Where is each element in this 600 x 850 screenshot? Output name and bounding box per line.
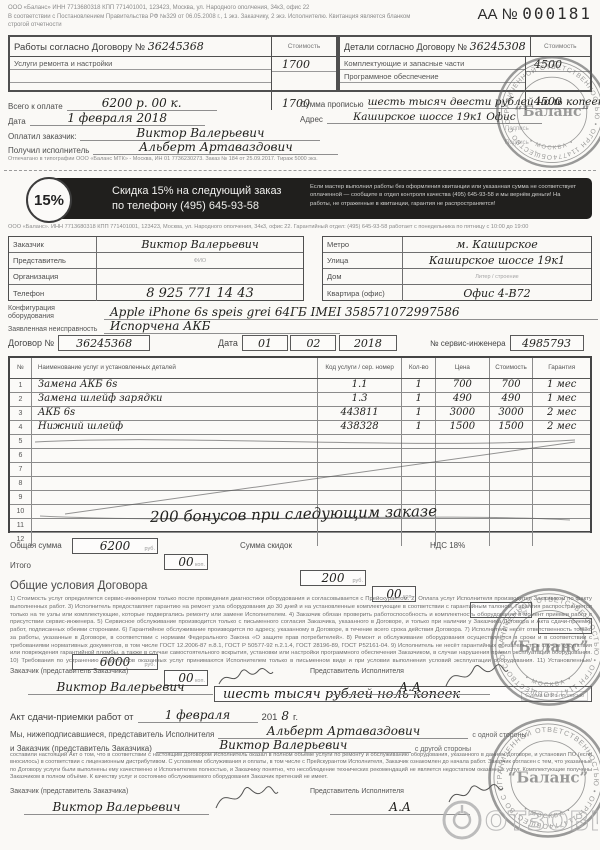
stamp-city-text: • МОСКВА • xyxy=(528,139,576,152)
cell-num: 5 xyxy=(10,435,32,448)
receiver-name: Альберт Артаваздович xyxy=(93,140,338,155)
discount-rub-value: 200 xyxy=(322,571,345,585)
cell-cost: 700 xyxy=(490,379,534,392)
cell-num: 1 xyxy=(10,379,32,392)
cell-name: Замена АКБ 6s xyxy=(32,379,318,392)
serial-number: 000181 xyxy=(522,4,592,23)
details-cost-header: Стоимость xyxy=(530,37,590,56)
signature-label-1: Подпись xyxy=(505,126,529,132)
engineer-number: 4985793 xyxy=(510,335,584,351)
discount-offer-text: Скидка 15% на следующий заказ по телефон… xyxy=(112,184,281,214)
signature-squiggle xyxy=(210,782,280,816)
defect-value: Испорчена АКБ xyxy=(104,319,340,334)
terms-body-text: 1) Стоимость услуг определяется сервис-и… xyxy=(10,596,592,664)
works-row-label: Услуги ремонта и настройки xyxy=(10,57,271,70)
details-row2-label: Программное обеспечение xyxy=(340,70,525,83)
act-year-suffix: г. xyxy=(293,712,298,723)
cell-cost xyxy=(490,533,534,546)
table-row: Организация xyxy=(9,269,303,285)
cell-warranty: 1 мес xyxy=(533,379,590,392)
cell-price: 490 xyxy=(436,393,490,406)
service-table-header: № Наименование услуг и установленных дет… xyxy=(10,358,590,379)
contract-date-day: 01 xyxy=(242,335,288,351)
table-row: 3АКБ 6s4438111300030002 мес xyxy=(10,407,590,421)
tear-line xyxy=(4,170,596,171)
table-row: Заказчик Виктор Валерьевич xyxy=(9,237,303,253)
quality-notice: Если мастер выполнил работы без оформлен… xyxy=(310,183,582,208)
contract-number: 36245368 xyxy=(58,335,150,351)
sum-rub-value: 6200 xyxy=(100,539,131,553)
signature-squiggle xyxy=(215,664,275,692)
cell-name: Замена шлейф зарядки xyxy=(32,393,318,406)
cell-qty: 1 xyxy=(402,407,436,420)
contract-date-year: 2018 xyxy=(339,335,397,351)
table-row: Квартира (офис) Офис 4-В72 xyxy=(323,285,591,301)
table-row: Метро м. Каширское xyxy=(323,237,591,253)
cell-price: 700 xyxy=(436,379,490,392)
watermark-text: ОТЗОВИК xyxy=(485,807,598,837)
metro-value: м. Каширское xyxy=(456,238,538,251)
liter-sublabel: Литер / строение xyxy=(475,274,518,280)
cell-num: 6 xyxy=(10,449,32,462)
date-label: Дата xyxy=(8,117,26,126)
cell-num: 2 xyxy=(10,393,32,406)
serial-prefix: АА № xyxy=(477,6,517,23)
cell-warranty: 1 мес xyxy=(533,393,590,406)
grand-total-label: Итого xyxy=(10,561,31,570)
street-value: Каширское шоссе 19к1 xyxy=(429,254,565,267)
terms-heading: Общие условия Договора xyxy=(10,580,147,592)
discount-banner: Скидка 15% на следующий заказ по телефон… xyxy=(52,178,592,219)
words-box-label: Сумма итого прописью xyxy=(521,691,588,701)
amount-words-label: Сумма прописью xyxy=(300,100,364,109)
cell-price: 3000 xyxy=(436,407,490,420)
act-year-prefix: 201 xyxy=(262,712,278,723)
act-customer-label: Заказчик (представитель Заказчика) xyxy=(10,788,128,795)
cell-num: 11 xyxy=(10,519,32,532)
act-customer-signname: Виктор Валерьевич xyxy=(24,800,209,815)
client-name: Виктор Валерьевич xyxy=(141,238,258,251)
signature-label-2: Подпись xyxy=(505,140,529,146)
engineer-label: № сервис-инженера xyxy=(430,339,506,348)
details-table-title: Детали согласно Договору № 36245308 xyxy=(340,37,530,56)
act-year-digit: 8 xyxy=(281,709,289,723)
terms-customer-signname: Виктор Валерьевич xyxy=(28,680,213,695)
amount-words-value: шесть тысяч двести рублей ноль копеек xyxy=(368,96,588,109)
terms-customer-label: Заказчик (представитель Заказчика) xyxy=(10,668,128,675)
works-table: Работы согласно Договору № 36245368 Стои… xyxy=(8,35,338,92)
sum-kop-value: 00 xyxy=(178,555,193,569)
date-value: 1 февраля 2018 xyxy=(30,111,205,126)
receiver-label: Получил исполнитель xyxy=(8,146,89,155)
contract-date-month: 02 xyxy=(290,335,336,351)
table-row: 1Замена АКБ 6s1.117007001 мес xyxy=(10,379,590,393)
act-executor-name: Альберт Артаваздович xyxy=(218,724,468,739)
details-table: Детали согласно Договору № 36245308 Стои… xyxy=(338,35,592,92)
fio-sublabel: ФИО xyxy=(194,258,206,264)
cell-num: 8 xyxy=(10,477,32,490)
org-requisites-line1: ООО «Баланс» ИНН 7713680318 КПП 77140100… xyxy=(8,4,403,12)
details-row1-label: Комплектующие и запасные части xyxy=(340,57,525,70)
total-due-value: 6200 р. 00 к. xyxy=(67,96,217,111)
works-contract-number: 36245368 xyxy=(148,40,204,53)
works-row-value: 1700 xyxy=(282,58,310,71)
form-serial: АА № 000181 xyxy=(420,4,592,24)
discount-label: Сумма скидок xyxy=(240,541,292,550)
total-due-label: Всего к оплате xyxy=(8,102,63,111)
works-table-title: Работы согласно Договору № 36245368 xyxy=(10,37,271,56)
cell-cost: 490 xyxy=(490,393,534,406)
svg-text:• МОСКВА •: • МОСКВА • xyxy=(528,139,576,152)
location-table: Метро м. Каширское Улица Каширское шоссе… xyxy=(322,236,592,301)
otzovik-watermark: ОТЗОВИК xyxy=(438,792,598,846)
cell-code: 1.1 xyxy=(318,379,402,392)
table-row: 2Замена шлейф зарядки1.314904901 мес xyxy=(10,393,590,407)
act-customer-name: Виктор Валерьевич xyxy=(156,738,411,753)
table-row: Улица Каширское шоссе 19к1 xyxy=(323,253,591,269)
cell-cost: 3000 xyxy=(490,407,534,420)
defect-label: Заявленная неисправность xyxy=(8,326,100,334)
vat-label: НДС 18% xyxy=(430,541,465,550)
details-row1-value: 4500 xyxy=(534,58,562,71)
act-title: Акт сдачи-приемки работ от xyxy=(10,712,134,723)
office-value: Офис 4-В72 xyxy=(463,287,530,300)
table-row: Дом Литер / строение xyxy=(323,269,591,285)
contract-date-label: Дата xyxy=(218,338,238,348)
discount-badge: 15% xyxy=(26,177,72,223)
cell-num: 4 xyxy=(10,421,32,434)
act-executor-label: Представитель Исполнителя xyxy=(310,788,404,795)
act-line1-suffix: с одной стороны xyxy=(472,732,526,739)
payer-name: Виктор Валерьевич xyxy=(80,126,320,141)
cell-num: 9 xyxy=(10,491,32,504)
cell-num: 3 xyxy=(10,407,32,420)
details-contract-number: 36245308 xyxy=(470,40,526,53)
works-cost-header: Стоимость xyxy=(271,37,336,56)
cell-qty: 1 xyxy=(402,379,436,392)
table-row: Представитель ФИО xyxy=(9,253,303,269)
cell-name: АКБ 6s xyxy=(32,407,318,420)
client-phone: 8 925 771 14 43 xyxy=(146,286,254,301)
cell-code: 1.3 xyxy=(318,393,402,406)
cell-warranty: 2 мес xyxy=(533,407,590,420)
client-table: Заказчик Виктор Валерьевич Представитель… xyxy=(8,236,304,301)
table-row: Телефон 8 925 771 14 43 xyxy=(9,285,303,301)
sum-label: Общая сумма xyxy=(10,541,62,550)
cell-code: 443811 xyxy=(318,407,402,420)
act-date: 1 февраля xyxy=(138,708,258,723)
cell-warranty xyxy=(533,533,590,546)
signature-squiggle xyxy=(440,660,510,694)
org-requisites-line2: В соответствии с Постановлением Правител… xyxy=(8,13,413,29)
terms-executor-label: Представитель Исполнителя xyxy=(310,668,404,675)
contract-label: Договор № xyxy=(8,338,54,348)
coupon-footer: ООО «Баланс». ИНН 7713680318 КПП 7714010… xyxy=(8,224,592,232)
address-label: Адрес xyxy=(300,115,323,124)
address-value: Каширское шоссе 19к1 Офис xyxy=(327,111,542,124)
cell-code xyxy=(318,533,402,546)
scanned-receipt-document: ООО «Баланс» ИНН 7713680318 КПП 77140100… xyxy=(0,0,600,850)
cell-qty: 1 xyxy=(402,393,436,406)
cell-num: 7 xyxy=(10,463,32,476)
cell-num: 10 xyxy=(10,505,32,518)
print-house-note: Отпечатано в типографии ООО «Баланс МТК»… xyxy=(8,156,428,163)
